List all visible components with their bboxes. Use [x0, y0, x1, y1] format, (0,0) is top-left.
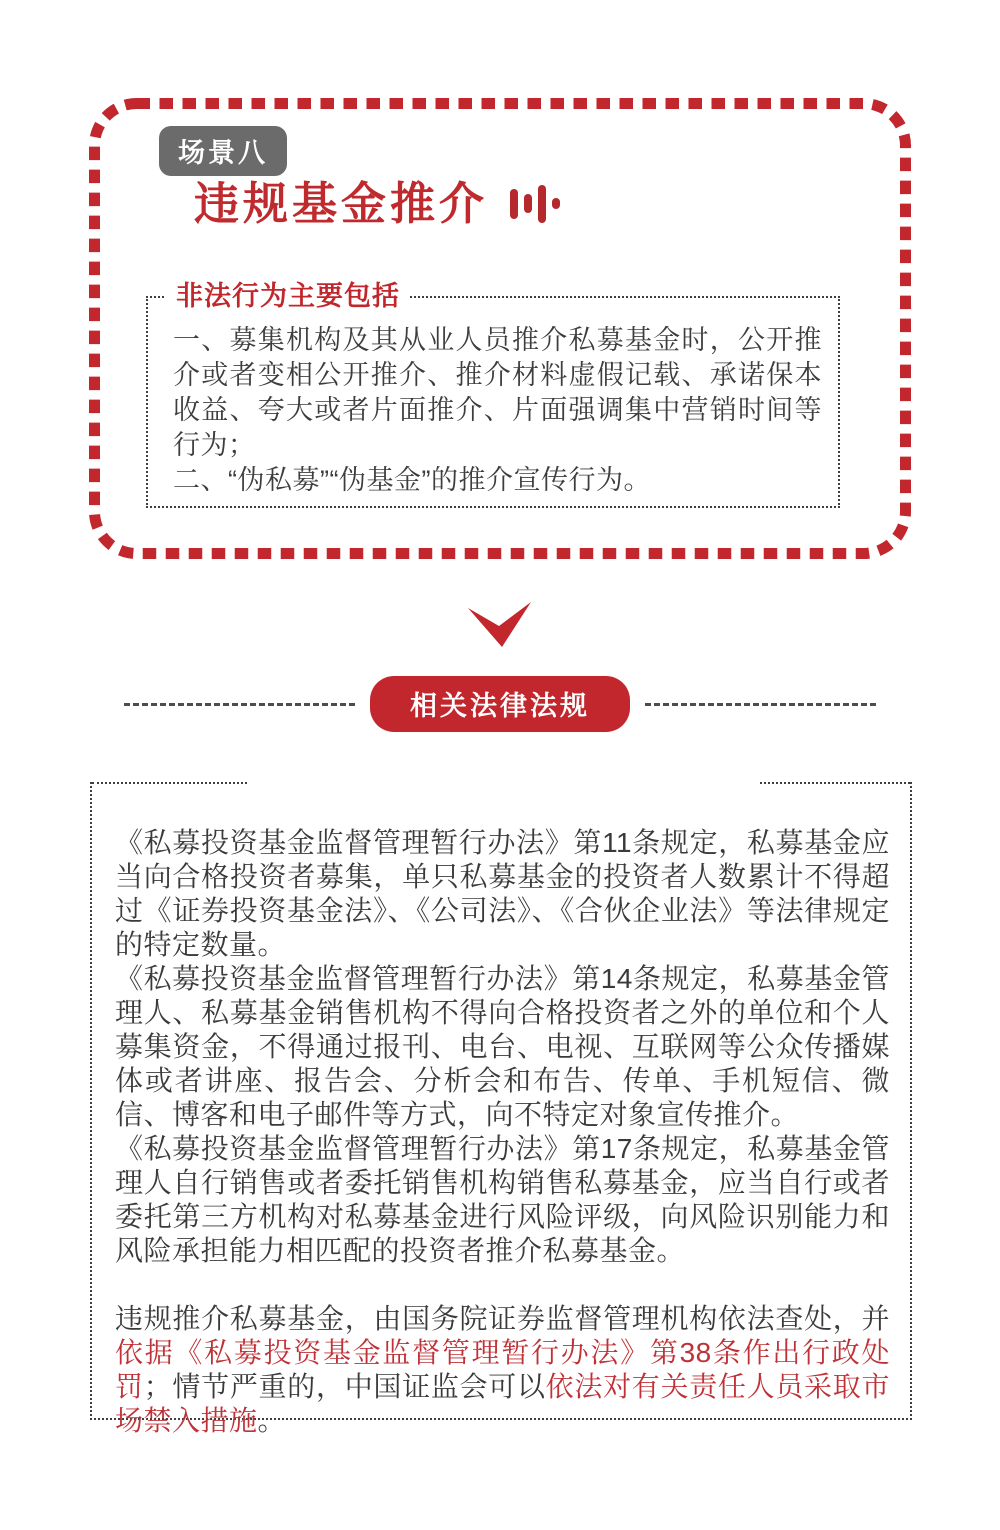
- title-row: 违规基金推介: [194, 179, 560, 229]
- legal-paragraph-article-11: 《私募投资基金监督管理暂行办法》第11条规定，私募基金应当向合格投资者募集，单只…: [115, 826, 890, 962]
- page: 场景八 违规基金推介 非法行为主要包括 一、募集机构及其从业人员推介私募基金时，…: [0, 0, 1000, 1530]
- section-divider: 相关法律法规: [0, 676, 1000, 732]
- scenario-badge: 场景八: [159, 126, 287, 176]
- legal-box: 《私募投资基金监督管理暂行办法》第11条规定，私募基金应当向合格投资者募集，单只…: [90, 782, 912, 1420]
- illegal-act-item: 一、募集机构及其从业人员推介私募基金时，公开推介或者变相公开推介、推介材料虚假记…: [173, 323, 822, 463]
- section-badge: 相关法律法规: [370, 676, 630, 732]
- illegal-acts-box: 非法行为主要包括 一、募集机构及其从业人员推介私募基金时，公开推介或者变相公开推…: [146, 296, 840, 508]
- illegal-act-item: 二、“伪私募”“伪基金”的推介宣传行为。: [173, 463, 822, 498]
- chevron-down-icon: [465, 601, 535, 649]
- divider-dash-right: [645, 703, 876, 706]
- legal-box-top-border-left: [92, 782, 247, 784]
- legal-paragraph-penalty: 违规推介私募基金，由国务院证券监督管理机构依法查处，并依据《私募投资基金监督管理…: [115, 1302, 890, 1438]
- divider-dash-left: [124, 703, 355, 706]
- legal-paragraph-article-14: 《私募投资基金监督管理暂行办法》第14条规定，私募基金管理人、私募基金销售机构不…: [115, 962, 890, 1132]
- scenario-card: 场景八 违规基金推介 非法行为主要包括 一、募集机构及其从业人员推介私募基金时，…: [88, 97, 912, 560]
- legal-paragraph-article-17: 《私募投资基金监督管理暂行办法》第17条规定，私募基金管理人自行销售或者委托销售…: [115, 1132, 890, 1268]
- legal-box-top-border-right: [760, 782, 910, 784]
- illegal-acts-list: 一、募集机构及其从业人员推介私募基金时，公开推介或者变相公开推介、推介材料虚假记…: [148, 298, 838, 498]
- illegal-acts-label: 非法行为主要包括: [166, 281, 410, 311]
- equalizer-bars-icon: [510, 181, 560, 227]
- page-title: 违规基金推介: [194, 179, 488, 229]
